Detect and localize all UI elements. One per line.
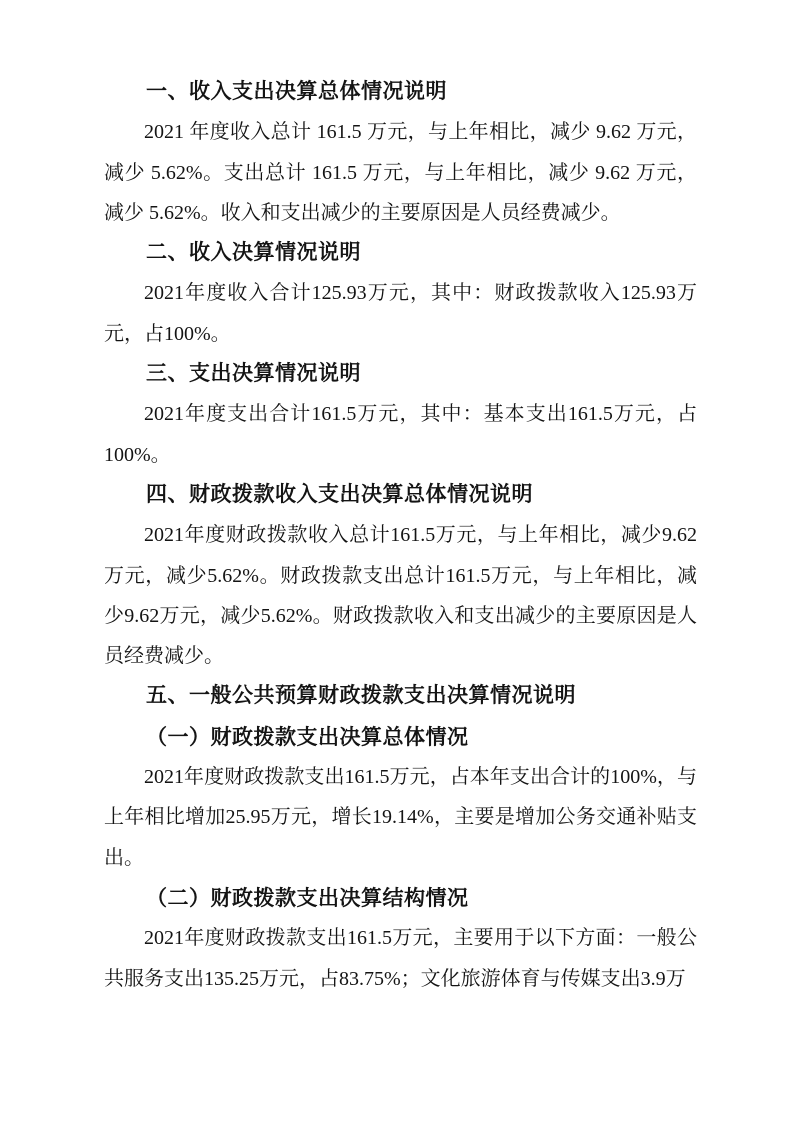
para-expense-final-accounts: 2021年度支出合计161.5万元，其中：基本支出161.5万元，占100%。 [104,394,697,475]
subheading-appropriation-expense-overall: （一）财政拨款支出决算总体情况 [104,717,697,757]
heading-fiscal-appropriation-overview: 四、财政拨款收入支出决算总体情况说明 [104,475,697,515]
para-appropriation-expense-overall: 2021年度财政拨款支出161.5万元，占本年支出合计的100%，与上年相比增加… [104,757,697,878]
document-page: 一、收入支出决算总体情况说明 2021 年度收入总计 161.5 万元，与上年相… [0,0,793,1122]
heading-overall-income-expense: 一、收入支出决算总体情况说明 [104,72,697,112]
para-income-final-accounts: 2021年度收入合计125.93万元，其中：财政拨款收入125.93万元，占10… [104,273,697,354]
heading-general-public-budget-expense: 五、一般公共预算财政拨款支出决算情况说明 [104,676,697,716]
para-overall-income-expense: 2021 年度收入总计 161.5 万元，与上年相比，减少 9.62 万元，减少… [104,112,697,233]
heading-expense-final-accounts: 三、支出决算情况说明 [104,354,697,394]
para-appropriation-expense-structure: 2021年度财政拨款支出161.5万元，主要用于以下方面：一般公共服务支出135… [104,918,697,999]
subheading-appropriation-expense-structure: （二）财政拨款支出决算结构情况 [104,878,697,918]
para-fiscal-appropriation-overview: 2021年度财政拨款收入总计161.5万元，与上年相比，减少9.62万元，减少5… [104,515,697,676]
heading-income-final-accounts: 二、收入决算情况说明 [104,233,697,273]
